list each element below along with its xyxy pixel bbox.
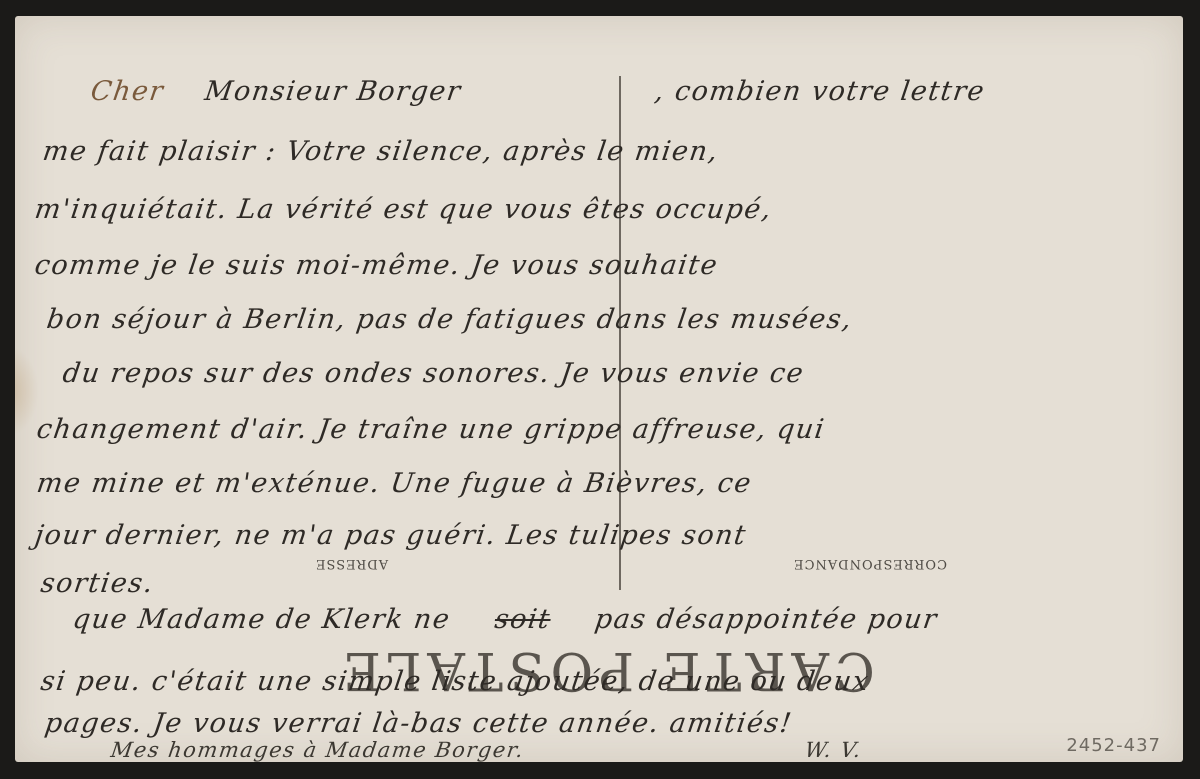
handwritten-line: jour dernier, ne m'a pas guéri. Les tuli… xyxy=(33,520,749,551)
handwritten-line: du repos sur des ondes sonores. Je vous … xyxy=(61,358,807,389)
handwritten-line: me mine et m'exténue. Une fugue à Bièvre… xyxy=(35,468,754,499)
handwritten-struck-word: soit xyxy=(493,604,553,635)
handwritten-line: changement d'air. Je traîne une grippe a… xyxy=(35,414,827,445)
handwritten-line: comme je le suis moi-même. Je vous souha… xyxy=(33,250,721,281)
handwritten-line: sorties. xyxy=(39,568,156,599)
handwritten-postscript: Mes hommages à Madame Borger. xyxy=(109,738,526,762)
paper-stain xyxy=(15,346,39,436)
handwritten-signature: W. V. xyxy=(803,738,863,762)
handwritten-line: si peu. c'était une simple liste ajoutée… xyxy=(39,666,872,697)
handwritten-line: me fait plaisir : Votre silence, après l… xyxy=(41,136,721,167)
handwritten-line: que Madame de Klerk ne xyxy=(71,604,453,635)
handwritten-line: pages. Je vous verrai là-bas cette année… xyxy=(43,708,795,739)
handwritten-line: bon séjour à Berlin, pas de fatigues dan… xyxy=(45,304,855,335)
handwritten-salutation: Cher xyxy=(89,76,166,107)
inventory-number: 2452-437 xyxy=(1066,735,1161,756)
handwritten-line: pas désappointée pour xyxy=(593,604,940,635)
printed-label-correspondance: CORRESPONDANCE xyxy=(793,556,947,571)
printed-label-adresse: ADRESSE xyxy=(315,556,388,571)
handwritten-line: , combien votre lettre xyxy=(653,76,987,107)
handwritten-line: m'inquiétait. La vérité est que vous ête… xyxy=(33,194,774,225)
handwritten-addressee: Monsieur Borger xyxy=(203,76,464,107)
postcard: ADRESSE CORRESPONDANCE CARTE POSTALE Che… xyxy=(15,16,1183,762)
